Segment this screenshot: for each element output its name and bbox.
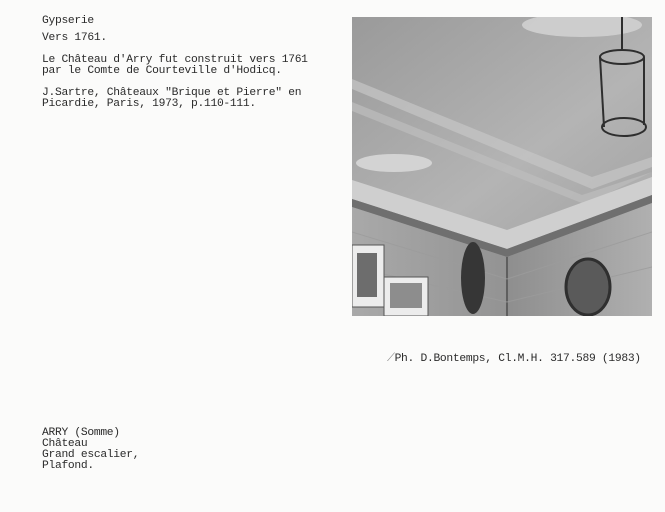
photo-credit-text: Ph. D.Bontemps, Cl.M.H. 317.589 (1983) [395,353,641,365]
location-line-4: Plafond. [42,461,94,473]
credit-mark-icon: ⟋ [387,353,395,365]
category-label: Gypserie [42,16,94,28]
description-line-2: par le Comte de Courteville d'Hodicq. [42,66,282,78]
reference-line-2: Picardie, Paris, 1973, p.110-111. [42,99,256,111]
photo-credit: ⟋Ph. D.Bontemps, Cl.M.H. 317.589 (1983) [374,342,641,365]
ceiling-photograph [352,17,652,316]
date-label: Vers 1761. [42,33,107,45]
